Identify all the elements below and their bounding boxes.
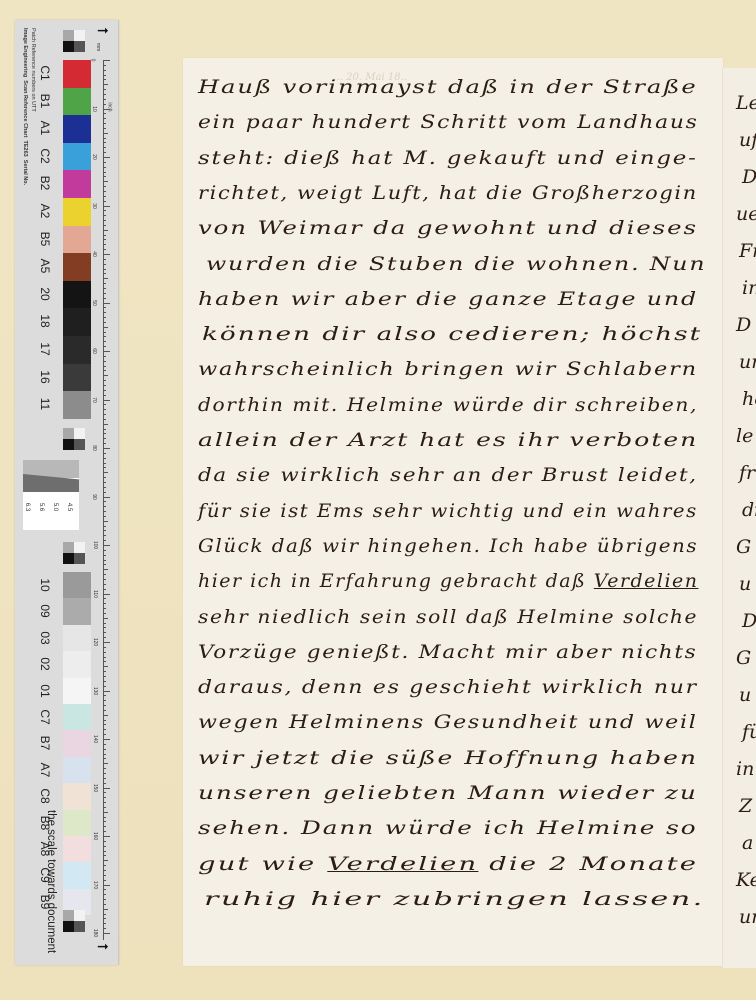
color-patch	[63, 730, 91, 756]
patch-label: 16	[38, 363, 52, 391]
adjacent-page-fragment: G	[736, 647, 751, 669]
color-patch	[63, 572, 91, 598]
patch-label: C1	[38, 59, 52, 87]
ruler-label: 170	[92, 880, 98, 888]
ruler-label: 0	[89, 59, 95, 62]
gray-checker-icon	[63, 910, 85, 932]
color-patch	[63, 60, 91, 88]
adjacent-page-fragment: Le	[736, 92, 756, 114]
adjacent-page-fragment: he	[742, 388, 756, 410]
color-patch	[63, 810, 91, 836]
letter-line: wir jetzt die süße Hoffnung haben	[198, 747, 698, 769]
letter-line: von Weimar da gewohnt und dieses	[198, 217, 698, 239]
color-patch	[63, 170, 91, 198]
adjacent-page-fragment: G	[736, 536, 751, 558]
letter-line: allein der Arzt hat es ihr verboten	[198, 429, 698, 451]
chart-brand: Image Engineering Scan Reference Chart T…	[22, 28, 28, 185]
letter-line: Hauß vorinmayst daß in der Straße	[198, 76, 698, 98]
letter-line: sehen. Dann würde ich Helmine so	[198, 817, 698, 839]
ruler-unit-inch: inch	[107, 102, 113, 111]
patch-label: 10	[38, 571, 52, 599]
letter-line: können dir also cedieren; höchst	[202, 323, 702, 345]
gray-checker-icon	[63, 30, 85, 52]
ruler-label: 70	[91, 397, 97, 403]
ruler-label: 10	[91, 106, 97, 112]
color-patch	[63, 253, 91, 281]
color-patch	[63, 704, 91, 730]
color-patch	[63, 336, 91, 364]
color-patch	[63, 862, 91, 888]
color-patch	[63, 783, 91, 809]
ruler-label: 50	[91, 300, 97, 306]
gray-checker-icon	[63, 428, 85, 450]
letter-line: da sie wirklich sehr an der Brust leidet…	[198, 464, 698, 486]
ruler-label: 60	[91, 348, 97, 354]
letter-line: Vorzüge genießt. Macht mir aber nichts	[198, 641, 697, 663]
patch-label: C8	[38, 782, 52, 810]
adjacent-page-fragment: Ke	[736, 869, 756, 891]
adjacent-page-fragment: Da	[742, 166, 756, 188]
letter-line: unseren geliebten Mann wieder zu	[198, 782, 698, 804]
adjacent-page-fragment: u	[739, 684, 751, 706]
adjacent-page-fragment: u	[739, 573, 751, 595]
ruler-label: 160	[92, 832, 98, 840]
color-patch	[63, 651, 91, 677]
adjacent-page-fragment: ue	[736, 203, 756, 225]
letter-line: richtet, weigt Luft, hat die Großherzogi…	[198, 182, 698, 204]
patch-label: B5	[38, 225, 52, 253]
color-patch	[63, 281, 91, 309]
scan-reference-chart: ➞ Image Engineering Scan Reference Chart…	[15, 20, 119, 965]
adjacent-page-fragment: le	[736, 425, 753, 447]
letter-line: ruhig hier zubringen lassen.	[204, 888, 705, 910]
adjacent-page-fragment: in	[742, 277, 756, 299]
chart-metadata: Image Engineering Scan Reference Chart T…	[17, 28, 31, 458]
underlined-word: Verdelien	[327, 853, 478, 875]
adjacent-page-fragment: Z	[739, 795, 752, 817]
patch-label: B7	[38, 729, 52, 757]
color-patch	[63, 625, 91, 651]
ruler-label: 20	[91, 154, 97, 160]
letter-line: gut wie Verdelien die 2 Monate	[198, 853, 698, 875]
gray-checker-icon	[63, 542, 85, 564]
underlined-word: Verdelien	[594, 570, 699, 592]
patch-label: C7	[38, 703, 52, 731]
ruler-label: 130	[92, 686, 98, 694]
letter-line: sehr niedlich sein soll daß Helmine solc…	[198, 606, 698, 628]
letter-line: für sie ist Ems sehr wichtig und ein wah…	[198, 500, 698, 522]
color-patch	[63, 198, 91, 226]
letter-line: wurden die Stuben die wohnen. Nun	[206, 253, 706, 275]
letter-line: hier ich in Erfahrung gebracht daß Verde…	[198, 570, 698, 592]
patch-label: B1	[38, 87, 52, 115]
letter-line: wegen Helminens Gesundheit und weil	[198, 711, 698, 733]
ruler-label: 110	[92, 590, 98, 598]
adjacent-page-fragment: in	[736, 758, 754, 780]
color-patch	[63, 143, 91, 171]
color-patch	[63, 115, 91, 143]
color-patch	[63, 598, 91, 624]
letter-line: wahrscheinlich bringen wir Schlabern	[198, 358, 698, 380]
ruler-unit-mm: mm	[95, 43, 101, 51]
adjacent-page-fragment: D	[742, 610, 756, 632]
ruler-label: 90	[91, 494, 97, 500]
letter-line: haben wir aber die ganze Etage und	[198, 288, 698, 310]
patch-label: 17	[38, 335, 52, 363]
adjacent-page-fragment: fü	[742, 721, 756, 743]
color-patch	[63, 88, 91, 116]
patch-label: 20	[38, 280, 52, 308]
patch-label: 09	[38, 597, 52, 625]
letter-line: Glück daß wir hingehen. Ich habe übrigen…	[198, 535, 698, 557]
wedge-value: 5.6	[38, 503, 44, 511]
ruler-label: 140	[92, 735, 98, 743]
ruler-label: 150	[92, 783, 98, 791]
color-patch	[63, 308, 91, 336]
ruler-label: 80	[91, 445, 97, 451]
patch-label: A2	[38, 197, 52, 225]
gray-wedge: 4.5 5.0 5.6 6.3	[23, 460, 79, 530]
letter-line: daraus, denn es geschieht wirklich nur	[198, 676, 698, 698]
color-patch	[63, 226, 91, 254]
adjacent-page-fragment: Fr	[739, 240, 756, 262]
letter-line: ein paar hundert Schritt vom Landhaus	[198, 111, 699, 133]
patch-label: A5	[38, 252, 52, 280]
scale-note: the scale towards document	[45, 810, 57, 953]
color-patch	[63, 836, 91, 862]
wedge-value: 5.0	[52, 503, 58, 511]
patch-label: 02	[38, 650, 52, 678]
color-patch	[63, 391, 91, 419]
letter-line: dorthin mit. Helmine würde dir schreiben…	[198, 394, 698, 416]
patch-label: A7	[38, 756, 52, 784]
adjacent-page-fragment: D	[736, 314, 751, 336]
color-patch	[63, 757, 91, 783]
patch-label: 03	[38, 624, 52, 652]
ruler: mm inch 01020304050607080901001101201301…	[93, 20, 117, 965]
patch-label: 18	[38, 307, 52, 335]
patch-label: B2	[38, 169, 52, 197]
color-patch	[63, 364, 91, 392]
adjacent-page-fragment: di	[742, 499, 756, 521]
color-patch	[63, 678, 91, 704]
adjacent-page-fragment: un	[739, 906, 756, 928]
adjacent-page-fragment: un	[739, 351, 756, 373]
patch-label: 11	[38, 390, 52, 418]
arrow-right-icon: ➞	[97, 938, 109, 955]
ruler-label: 120	[92, 638, 98, 646]
adjacent-page-fragment: uf	[739, 129, 756, 151]
wedge-value: 6.3	[24, 503, 30, 511]
ruler-label: 40	[91, 251, 97, 257]
wedge-value: 4.5	[66, 503, 72, 511]
patch-label: A1	[38, 114, 52, 142]
patch-label: 01	[38, 677, 52, 705]
adjacent-page-fragment: fr	[739, 462, 755, 484]
ruler-label: 100	[92, 541, 98, 549]
adjacent-page-fragment: a	[742, 832, 753, 854]
letter-line: steht: dieß hat M. gekauft und einge-	[198, 147, 698, 169]
patch-label: C2	[38, 142, 52, 170]
patch-note: Patch Reference numbers on UTT	[30, 28, 36, 112]
ruler-label: 30	[91, 203, 97, 209]
ruler-label: 180	[92, 929, 98, 937]
